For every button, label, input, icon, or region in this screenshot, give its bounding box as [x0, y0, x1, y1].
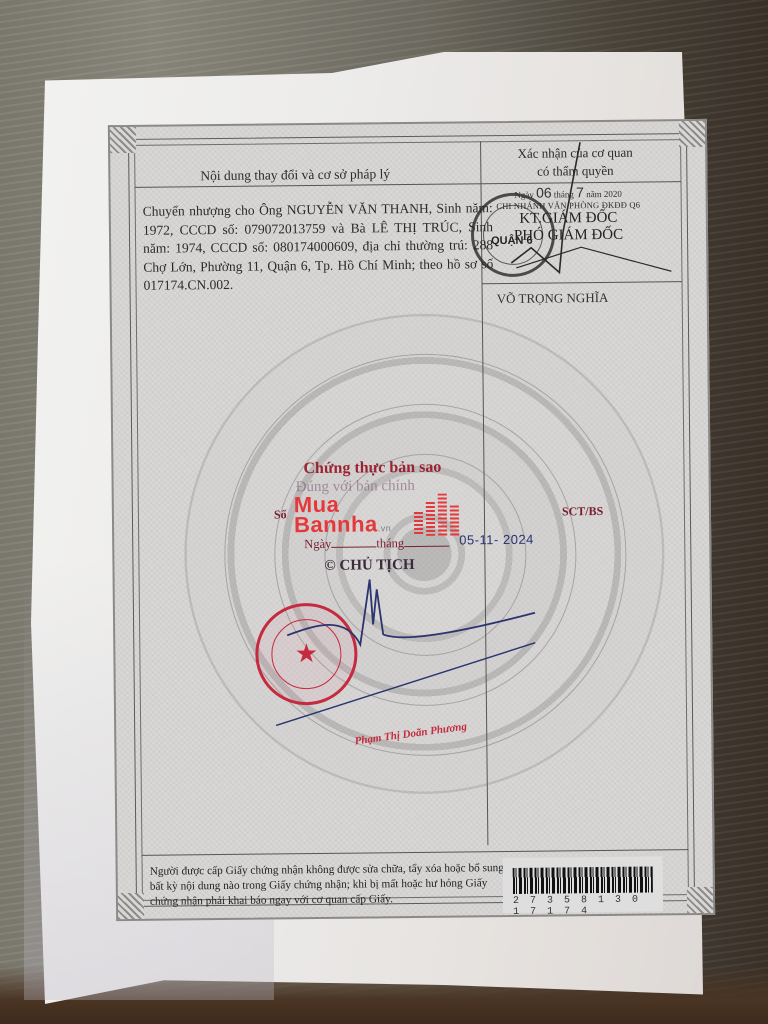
- corner-ornament: [687, 887, 713, 913]
- certified-copy-heading: Chứng thực bản sao: [303, 459, 441, 478]
- red-official-seal: ★: [255, 603, 358, 706]
- certified-number-suffix: SCT/BS: [562, 504, 604, 519]
- month-blank: [404, 546, 449, 547]
- date-day: 06: [536, 185, 552, 201]
- signer-title-line1: KT.GIÁM ĐỐC: [481, 209, 656, 228]
- chairman-title: © CHỦ TỊCH: [324, 557, 414, 575]
- confirmation-date: Ngày 06 tháng 7 năm 2020: [480, 183, 655, 201]
- header-authority-line1: Xác nhận của cơ quan: [490, 143, 660, 163]
- watermark-logo: Mua Bannha.vn: [294, 494, 392, 539]
- date-prefix: Ngày: [514, 190, 534, 200]
- authority-signer-name: VÕ TRỌNG NGHĨA: [497, 290, 609, 307]
- watermark-line2: Bannha: [294, 511, 378, 537]
- corner-ornament: [679, 121, 705, 147]
- barcode-number: 2 7 3 5 8 1 3 0 1 7 1 7 4: [513, 894, 653, 917]
- header-authority: Xác nhận của cơ quan có thẩm quyền: [490, 143, 660, 181]
- signer-title-line2: PHÓ GIÁM ĐỐC: [481, 226, 656, 245]
- watermark-suffix: .vn: [378, 523, 392, 533]
- certified-date-value: 05-11- 2024: [459, 532, 534, 548]
- footer-warning-note: Người được cấp Giấy chứng nhận không đượ…: [150, 861, 510, 910]
- header-change-content: Nội dung thay đổi và cơ sở pháp lý: [200, 166, 390, 184]
- certificate-page: Nội dung thay đổi và cơ sở pháp lý Xác n…: [108, 119, 715, 921]
- change-content-text: Chuyển nhượng cho Ông NGUYỄN VĂN THANH, …: [143, 199, 494, 295]
- corner-ornament: [110, 127, 136, 153]
- authority-signature-block: Ngày 06 tháng 7 năm 2020 CHI NHÁNH VĂN P…: [480, 183, 656, 245]
- header-authority-line2: có thẩm quyền: [490, 161, 660, 181]
- certified-number-label: Số: [274, 507, 287, 522]
- date-month-label: tháng: [554, 189, 574, 199]
- seal-star-icon: ★: [295, 641, 319, 667]
- corner-ornament: [118, 893, 144, 919]
- chairman-title-text: CHỦ TỊCH: [339, 557, 414, 574]
- day-blank: [331, 546, 376, 547]
- barcode-icon: [513, 866, 653, 893]
- watermark-building-icon: [414, 494, 459, 536]
- date-month: 7: [576, 184, 584, 200]
- date-year: năm 2020: [586, 189, 622, 199]
